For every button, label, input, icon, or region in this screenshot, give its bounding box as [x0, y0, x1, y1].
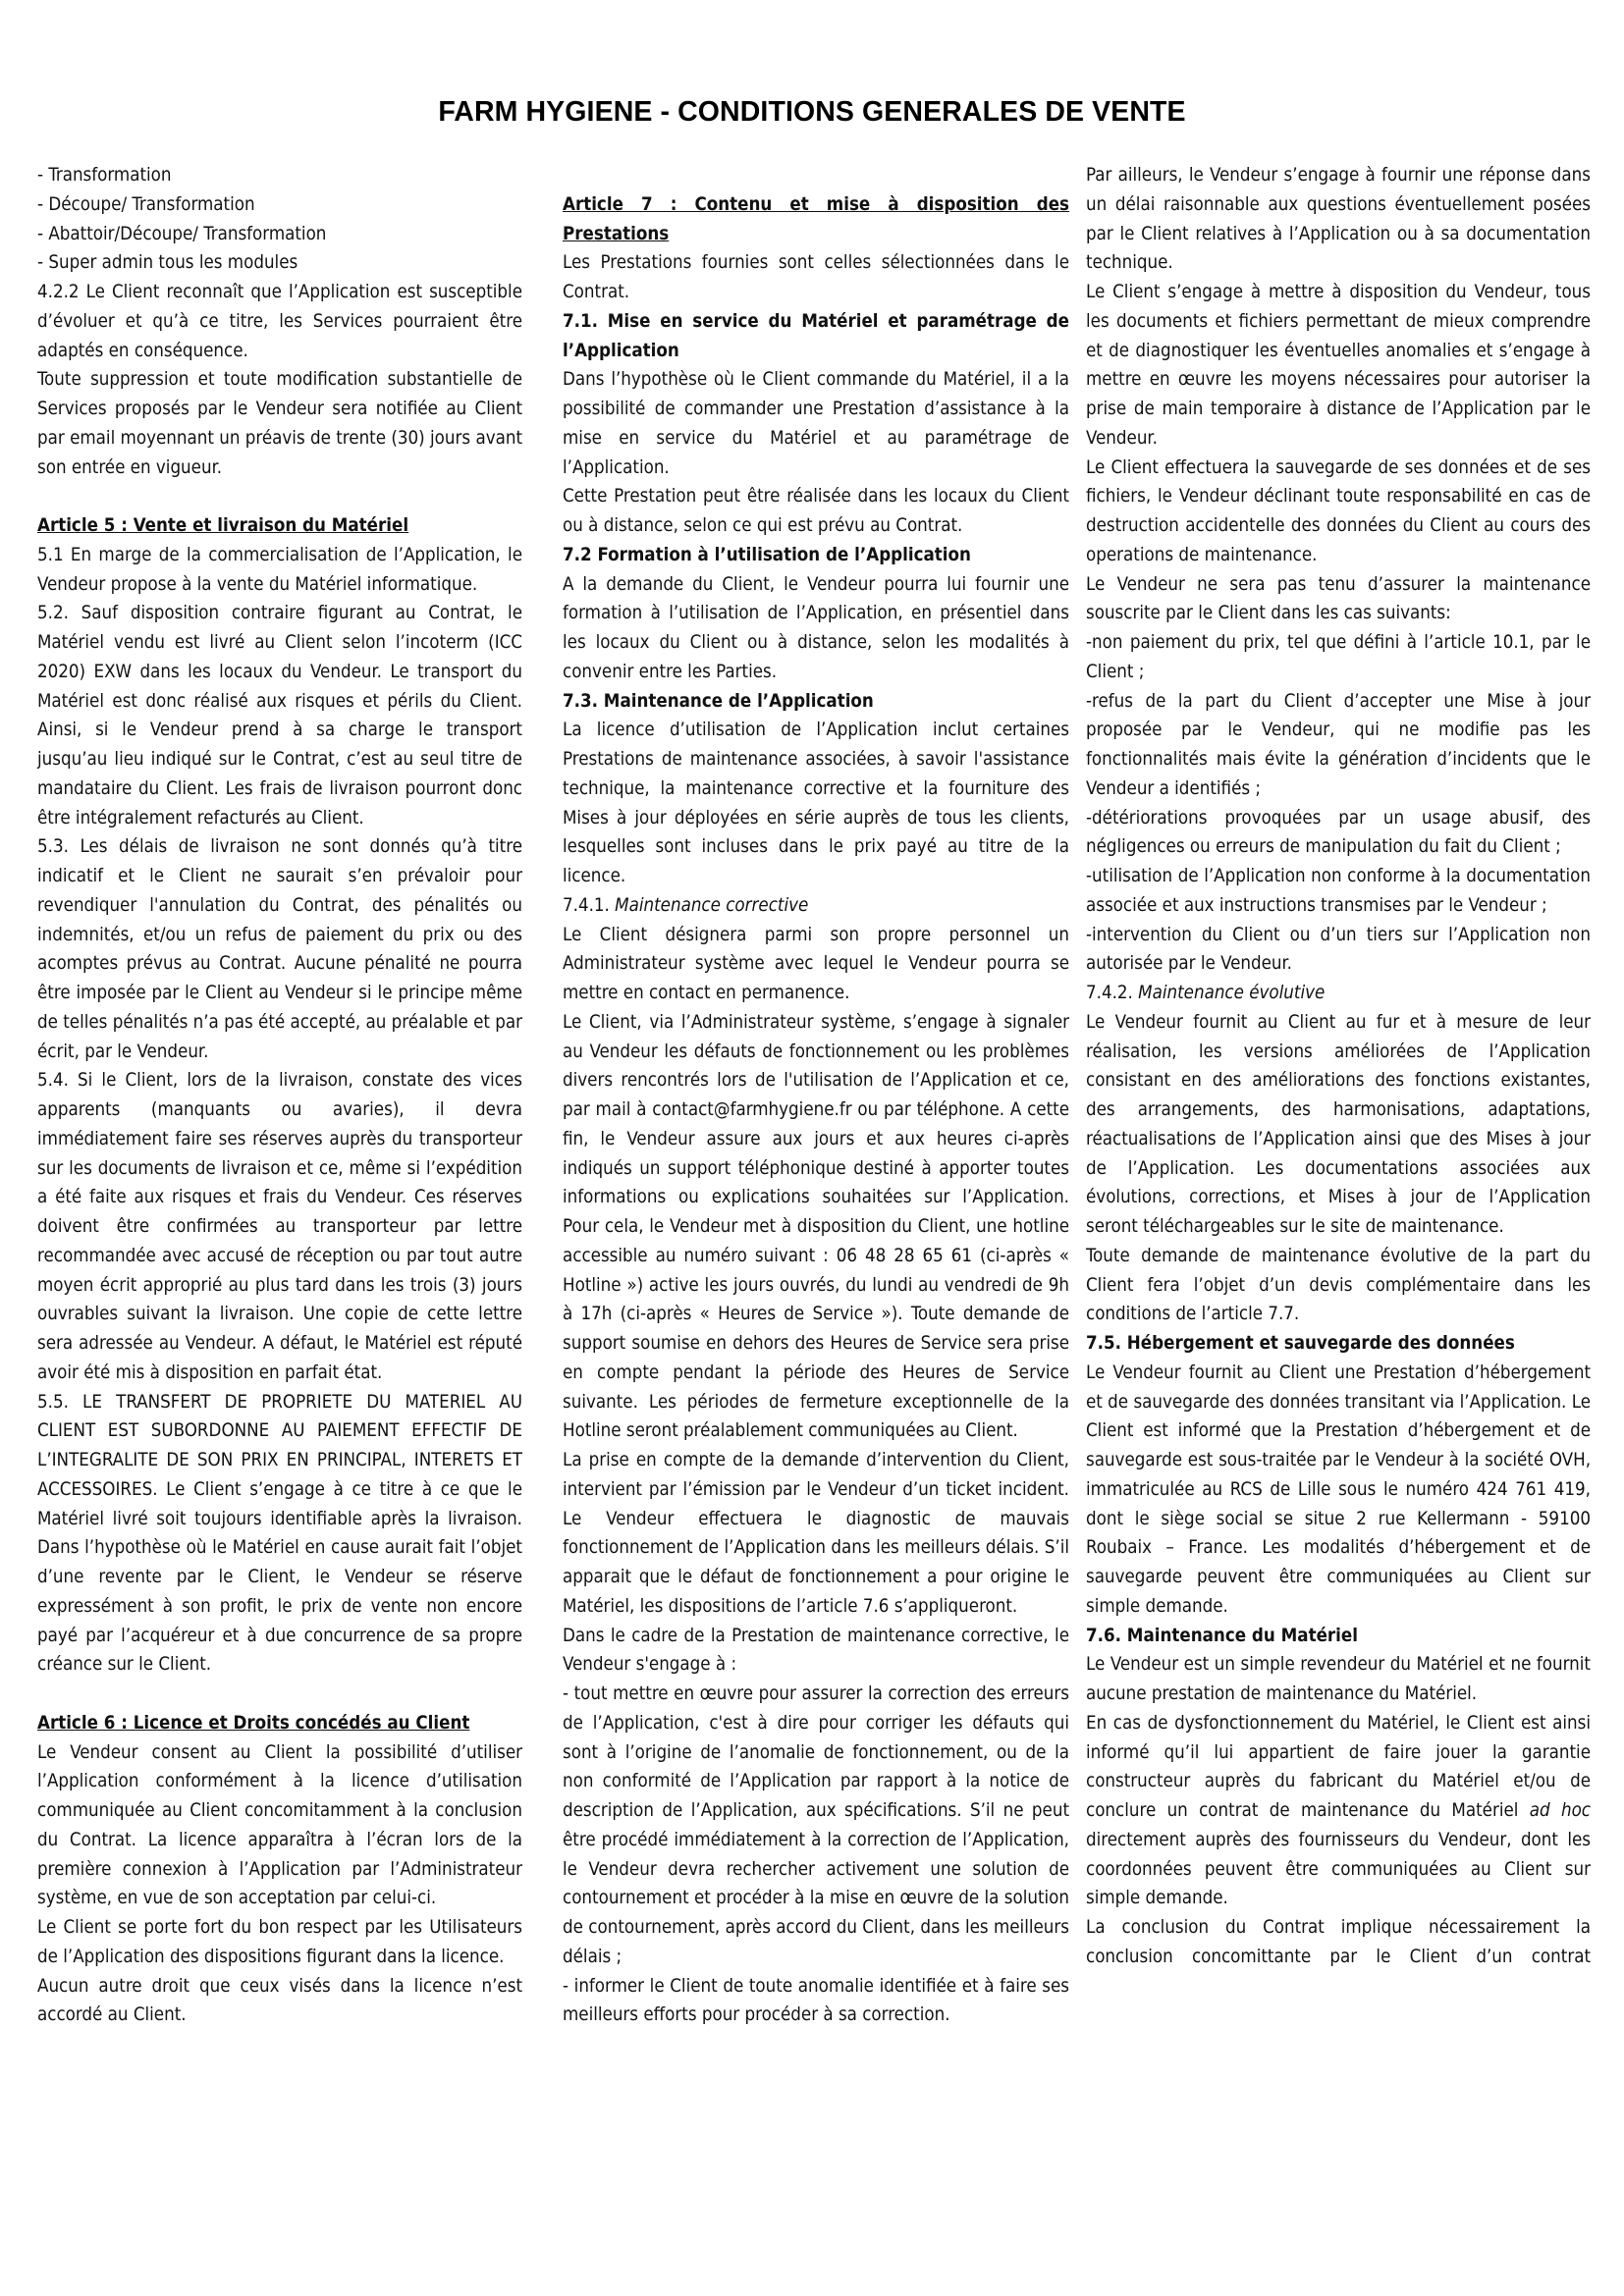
section-number: 7.4.1.: [563, 895, 615, 916]
exclusion-item: -détériorations provoquées par un usage …: [1086, 804, 1591, 863]
section-7-6-heading: 7.6. Maintenance du Matériel: [1086, 1622, 1591, 1651]
middle-column: Article 7 : Contenu et mise à dispositio…: [563, 161, 1069, 2030]
exclusion-item: -utilisation de l’Application non confor…: [1086, 862, 1591, 921]
paragraph-7-4-1-f: - informer le Client de toute anomalie i…: [563, 1972, 1069, 2031]
article-6-heading: Article 6 : Licence et Droits concédés a…: [37, 1709, 522, 1738]
paragraph-7-6-c: La conclusion du Contrat implique nécess…: [1086, 1913, 1591, 1972]
left-column: - Transformation - Découpe/ Transformati…: [37, 161, 522, 2030]
paragraph-7-4-2-b: Toute demande de maintenance évolutive d…: [1086, 1242, 1591, 1329]
paragraph-7-4-1-e: - tout mettre en œuvre pour assurer la c…: [563, 1680, 1069, 1972]
section-7-4-2-heading: 7.4.2. Maintenance évolutive: [1086, 979, 1591, 1008]
article-7-heading: Article 7 : Contenu et mise à dispositio…: [563, 190, 1069, 249]
spacer: [37, 482, 522, 511]
section-number: 7.4.2.: [1086, 983, 1138, 1003]
paragraph-5-2: 5.2. Sauf disposition contraire figurant…: [37, 599, 522, 832]
paragraph-exclusions-intro: Le Vendeur ne sera pas tenu d’assurer la…: [1086, 570, 1591, 629]
paragraph-6-users: Le Client se porte fort du bon respect p…: [37, 1913, 522, 1972]
paragraph-7-1-b: Cette Prestation peut être réalisée dans…: [563, 482, 1069, 541]
paragraph-7-6-b: En cas de dysfonctionnement du Matériel,…: [1086, 1709, 1591, 1913]
exclusion-item: -non paiement du prix, tel que défini à …: [1086, 628, 1591, 687]
text-run: En cas de dysfonctionnement du Matériel,…: [1086, 1713, 1591, 1821]
paragraph-4-2-2: 4.2.2 Le Client reconnaît que l’Applicat…: [37, 278, 522, 365]
paragraph-7-3: La licence d’utilisation de l’Applicatio…: [563, 716, 1069, 891]
paragraph-6-license: Le Vendeur consent au Client la possibil…: [37, 1738, 522, 1914]
list-item: - Découpe/ Transformation: [37, 190, 522, 220]
paragraph-7-4-1-d: Dans le cadre de la Prestation de mainte…: [563, 1622, 1069, 1681]
list-item: - Transformation: [37, 161, 522, 190]
paragraph-client-documents: Le Client s’engage à mettre à dispositio…: [1086, 278, 1591, 454]
section-title: Maintenance corrective: [615, 895, 808, 916]
paragraph-7-2: A la demande du Client, le Vendeur pourr…: [563, 570, 1069, 687]
paragraph-5-4: 5.4. Si le Client, lors de la livraison,…: [37, 1066, 522, 1387]
text-run: directement auprès des fournisseurs du V…: [1086, 1830, 1591, 1909]
exclusion-item: -intervention du Client ou d’un tiers su…: [1086, 921, 1591, 980]
paragraph-7-1-a: Dans l’hypothèse où le Client commande d…: [563, 365, 1069, 482]
paragraph-7-4-1-a: Le Client désignera parmi son propre per…: [563, 921, 1069, 1008]
paragraph-7-4-1-c: La prise en compte de la demande d’inter…: [563, 1446, 1069, 1622]
paragraph-6-no-other-rights: Aucun autre droit que ceux visés dans la…: [37, 1972, 522, 2031]
paragraph-backup: Le Client effectuera la sauvegarde de se…: [1086, 454, 1591, 570]
section-7-5-heading: 7.5. Hébergement et sauvegarde des donné…: [1086, 1329, 1591, 1359]
document-title: FARM HYGIENE - CONDITIONS GENERALES DE V…: [0, 96, 1624, 129]
section-7-2-heading: 7.2 Formation à l’utilisation de l’Appli…: [563, 541, 1069, 570]
paragraph-7-intro: Les Prestations fournies sont celles sél…: [563, 248, 1069, 307]
paragraph-7-5: Le Vendeur fournit au Client une Prestat…: [1086, 1359, 1591, 1622]
list-item: - Abattoir/Découpe/ Transformation: [37, 220, 522, 249]
spacer: [37, 1680, 522, 1709]
paragraph-7-4-2-a: Le Vendeur fournit au Client au fur et à…: [1086, 1008, 1591, 1242]
section-title: Maintenance évolutive: [1138, 983, 1325, 1003]
section-7-3-heading: 7.3. Maintenance de l’Application: [563, 687, 1069, 717]
text-run-italic: ad hoc: [1530, 1800, 1591, 1821]
spacer: [563, 161, 1069, 190]
right-column: Par ailleurs, le Vendeur s’engage à four…: [1086, 161, 1591, 1972]
exclusion-item: -refus de la part du Client d’accepter u…: [1086, 687, 1591, 804]
paragraph-services-modification: Toute suppression et toute modification …: [37, 365, 522, 482]
section-7-4-1-heading: 7.4.1. Maintenance corrective: [563, 891, 1069, 921]
paragraph-5-5: 5.5. LE TRANSFERT DE PROPRIETE DU MATERI…: [37, 1388, 522, 1681]
article-5-heading: Article 5 : Vente et livraison du Matéri…: [37, 511, 522, 541]
list-item: - Super admin tous les modules: [37, 248, 522, 278]
paragraph-7-4-1-b: Le Client, via l’Administrateur système,…: [563, 1008, 1069, 1446]
paragraph-response-delay: Par ailleurs, le Vendeur s’engage à four…: [1086, 161, 1591, 278]
paragraph-5-1: 5.1 En marge de la commercialisation de …: [37, 541, 522, 600]
section-7-1-heading: 7.1. Mise en service du Matériel et para…: [563, 307, 1069, 366]
paragraph-5-3: 5.3. Les délais de livraison ne sont don…: [37, 832, 522, 1066]
paragraph-7-6-a: Le Vendeur est un simple revendeur du Ma…: [1086, 1650, 1591, 1709]
